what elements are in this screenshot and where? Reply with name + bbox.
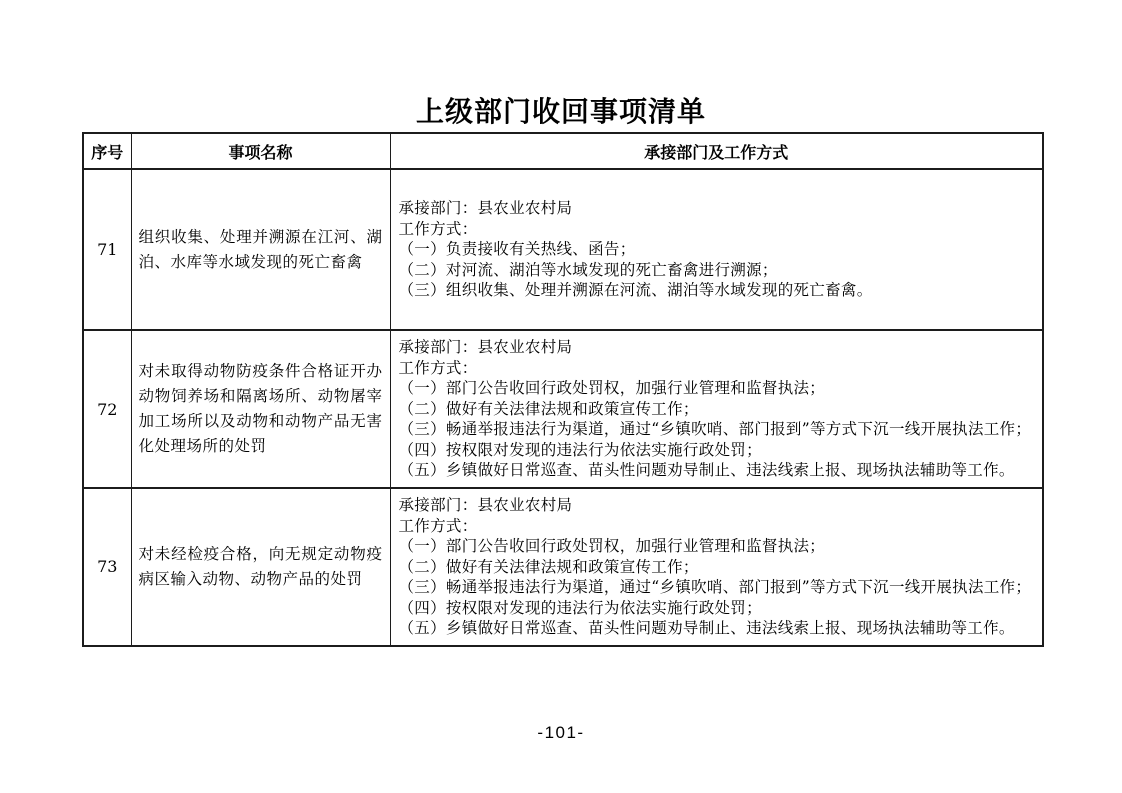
detail-line: （五）乡镇做好日常巡查、苗头性问题劝导制止、违法线索上报、现场执法辅助等工作。 [399, 460, 1035, 481]
document-page: 上级部门收回事项清单 序号 事项名称 承接部门及工作方式 71 组织收集、处理并… [0, 0, 1122, 793]
detail-line: （四）按权限对发现的违法行为依法实施行政处罚； [399, 598, 1035, 619]
table-header-row: 序号 事项名称 承接部门及工作方式 [83, 133, 1043, 169]
item-name-cell: 组织收集、处理并溯源在江河、湖泊、水库等水域发现的死亡畜禽 [131, 169, 390, 330]
row-number-cell: 71 [83, 169, 131, 330]
table-row: 73 对未经检疫合格，向无规定动物疫病区输入动物、动物产品的处罚 承接部门：县农… [83, 488, 1043, 646]
detail-line: （一）部门公告收回行政处罚权，加强行业管理和监督执法； [399, 378, 1035, 399]
detail-line: 承接部门：县农业农村局 [399, 198, 1035, 219]
table-body: 71 组织收集、处理并溯源在江河、湖泊、水库等水域发现的死亡畜禽 承接部门：县农… [83, 169, 1043, 646]
col-header-department-method: 承接部门及工作方式 [390, 133, 1043, 169]
item-detail-cell: 承接部门：县农业农村局工作方式：（一）部门公告收回行政处罚权，加强行业管理和监督… [390, 330, 1043, 488]
detail-line: （三）组织收集、处理并溯源在河流、湖泊等水域发现的死亡畜禽。 [399, 280, 1035, 301]
detail-line: （四）按权限对发现的违法行为依法实施行政处罚； [399, 440, 1035, 461]
table-row: 72 对未取得动物防疫条件合格证开办动物饲养场和隔离场所、动物屠宰加工场所以及动… [83, 330, 1043, 488]
col-header-no: 序号 [83, 133, 131, 169]
col-header-item-name: 事项名称 [131, 133, 390, 169]
detail-line: 工作方式： [399, 219, 1035, 240]
detail-line: （二）做好有关法律法规和政策宣传工作； [399, 557, 1035, 578]
page-number: -101- [0, 723, 1122, 743]
item-detail-cell: 承接部门：县农业农村局工作方式：（一）部门公告收回行政处罚权，加强行业管理和监督… [390, 488, 1043, 646]
row-number-cell: 72 [83, 330, 131, 488]
detail-line: 工作方式： [399, 516, 1035, 537]
detail-line: （三）畅通举报违法行为渠道，通过“乡镇吹哨、部门报到”等方式下沉一线开展执法工作… [399, 419, 1035, 440]
detail-line: 承接部门：县农业农村局 [399, 495, 1035, 516]
detail-line: （一）负责接收有关热线、函告； [399, 239, 1035, 260]
item-detail-cell: 承接部门：县农业农村局工作方式：（一）负责接收有关热线、函告；（二）对河流、湖泊… [390, 169, 1043, 330]
table-row: 71 组织收集、处理并溯源在江河、湖泊、水库等水域发现的死亡畜禽 承接部门：县农… [83, 169, 1043, 330]
matters-table: 序号 事项名称 承接部门及工作方式 71 组织收集、处理并溯源在江河、湖泊、水库… [82, 132, 1044, 647]
detail-line: （五）乡镇做好日常巡查、苗头性问题劝导制止、违法线索上报、现场执法辅助等工作。 [399, 618, 1035, 639]
row-number-cell: 73 [83, 488, 131, 646]
page-title: 上级部门收回事项清单 [0, 90, 1122, 130]
detail-line: （三）畅通举报违法行为渠道，通过“乡镇吹哨、部门报到”等方式下沉一线开展执法工作… [399, 577, 1035, 598]
detail-line: 承接部门：县农业农村局 [399, 337, 1035, 358]
item-name-cell: 对未经检疫合格，向无规定动物疫病区输入动物、动物产品的处罚 [131, 488, 390, 646]
detail-line: （一）部门公告收回行政处罚权，加强行业管理和监督执法； [399, 536, 1035, 557]
detail-line: （二）做好有关法律法规和政策宣传工作； [399, 399, 1035, 420]
detail-line: （二）对河流、湖泊等水域发现的死亡畜禽进行溯源； [399, 260, 1035, 281]
detail-line: 工作方式： [399, 358, 1035, 379]
item-name-cell: 对未取得动物防疫条件合格证开办动物饲养场和隔离场所、动物屠宰加工场所以及动物和动… [131, 330, 390, 488]
